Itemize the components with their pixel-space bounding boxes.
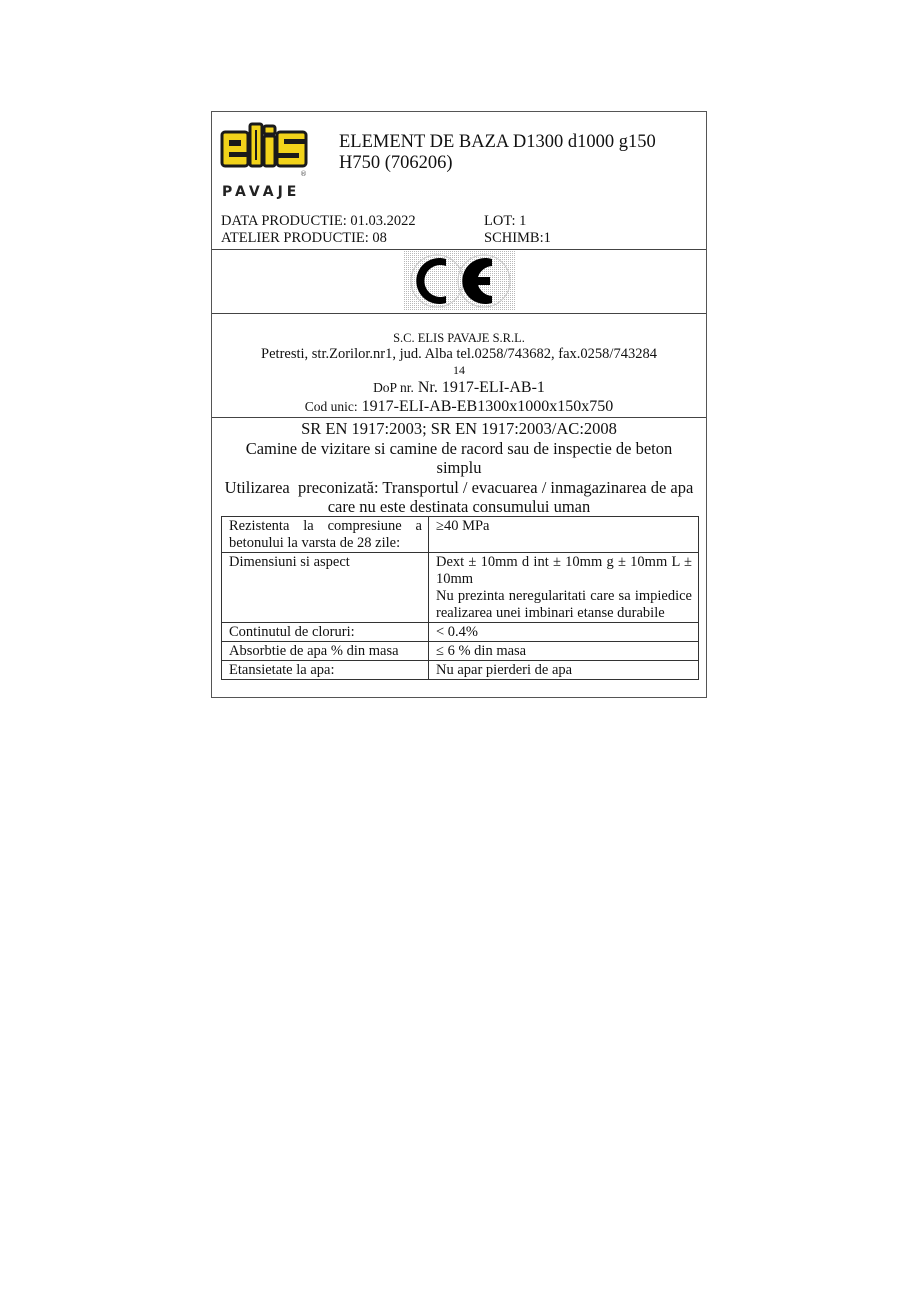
properties-table: Rezistenta la compresiune a betonului la… [221, 516, 699, 680]
intended-use: Utilizarea preconizată: Transportul / ev… [212, 478, 706, 517]
company-section: S.C. ELIS PAVAJE S.R.L. Petresti, str.Zo… [212, 313, 706, 418]
standards-section: SR EN 1917:2003; SR EN 1917:2003/AC:2008… [212, 417, 706, 517]
property-value: Nu apar pierderi de apa [429, 661, 699, 680]
ce-section [212, 249, 706, 314]
table-row: Absorbtie de apa % din masa ≤ 6 % din ma… [222, 642, 699, 661]
ce-mark-icon [404, 251, 516, 311]
elis-pavaje-logo: ® PAVAJE [220, 122, 310, 202]
production-workshop: ATELIER PRODUCTIE: 08 [221, 230, 387, 247]
company-name: S.C. ELIS PAVAJE S.R.L. [212, 331, 706, 346]
label-header: ® PAVAJE ELEMENT DE BAZA D1300 d1000 g15… [212, 112, 706, 250]
shift-number: SCHIMB:1 [484, 230, 551, 247]
dop-number: DoP nr. Nr. 1917-ELI-AB-1 [212, 379, 706, 397]
table-row: Dimensiuni si aspect Dext ± 10mm d int ±… [222, 553, 699, 623]
property-value: ≥40 MPa [429, 517, 699, 553]
product-label: ® PAVAJE ELEMENT DE BAZA D1300 d1000 g15… [211, 111, 707, 698]
product-description: Camine de vizitare si camine de racord s… [212, 439, 706, 478]
property-name: Rezistenta la compresiune a betonului la… [222, 517, 429, 553]
property-value: Dext ± 10mm d int ± 10mm g ± 10mm L ± 10… [429, 553, 699, 623]
lot-number: LOT: 1 [484, 213, 526, 230]
standard-norm: SR EN 1917:2003; SR EN 1917:2003/AC:2008 [212, 417, 706, 439]
production-date: DATA PRODUCTIE: 01.03.2022 [221, 213, 416, 230]
product-title-line2: H750 (706206) [339, 153, 679, 174]
property-value: < 0.4% [429, 623, 699, 642]
company-address: Petresti, str.Zorilor.nr1, jud. Alba tel… [212, 346, 706, 363]
product-title-line1: ELEMENT DE BAZA D1300 d1000 g150 [339, 132, 679, 153]
table-row: Continutul de cloruri: < 0.4% [222, 623, 699, 642]
property-name: Absorbtie de apa % din masa [222, 642, 429, 661]
table-row: Rezistenta la compresiune a betonului la… [222, 517, 699, 553]
svg-text:PAVAJE: PAVAJE [222, 184, 300, 200]
property-value: ≤ 6 % din masa [429, 642, 699, 661]
property-name: Continutul de cloruri: [222, 623, 429, 642]
svg-text:®: ® [300, 170, 307, 178]
table-row: Etansietate la apa: Nu apar pierderi de … [222, 661, 699, 680]
certification-year: 14 [212, 363, 706, 378]
property-name: Dimensiuni si aspect [222, 553, 429, 623]
property-name: Etansietate la apa: [222, 661, 429, 680]
unique-code: Cod unic: 1917-ELI-AB-EB1300x1000x150x75… [212, 398, 706, 416]
product-title: ELEMENT DE BAZA D1300 d1000 g150 H750 (7… [339, 132, 679, 174]
